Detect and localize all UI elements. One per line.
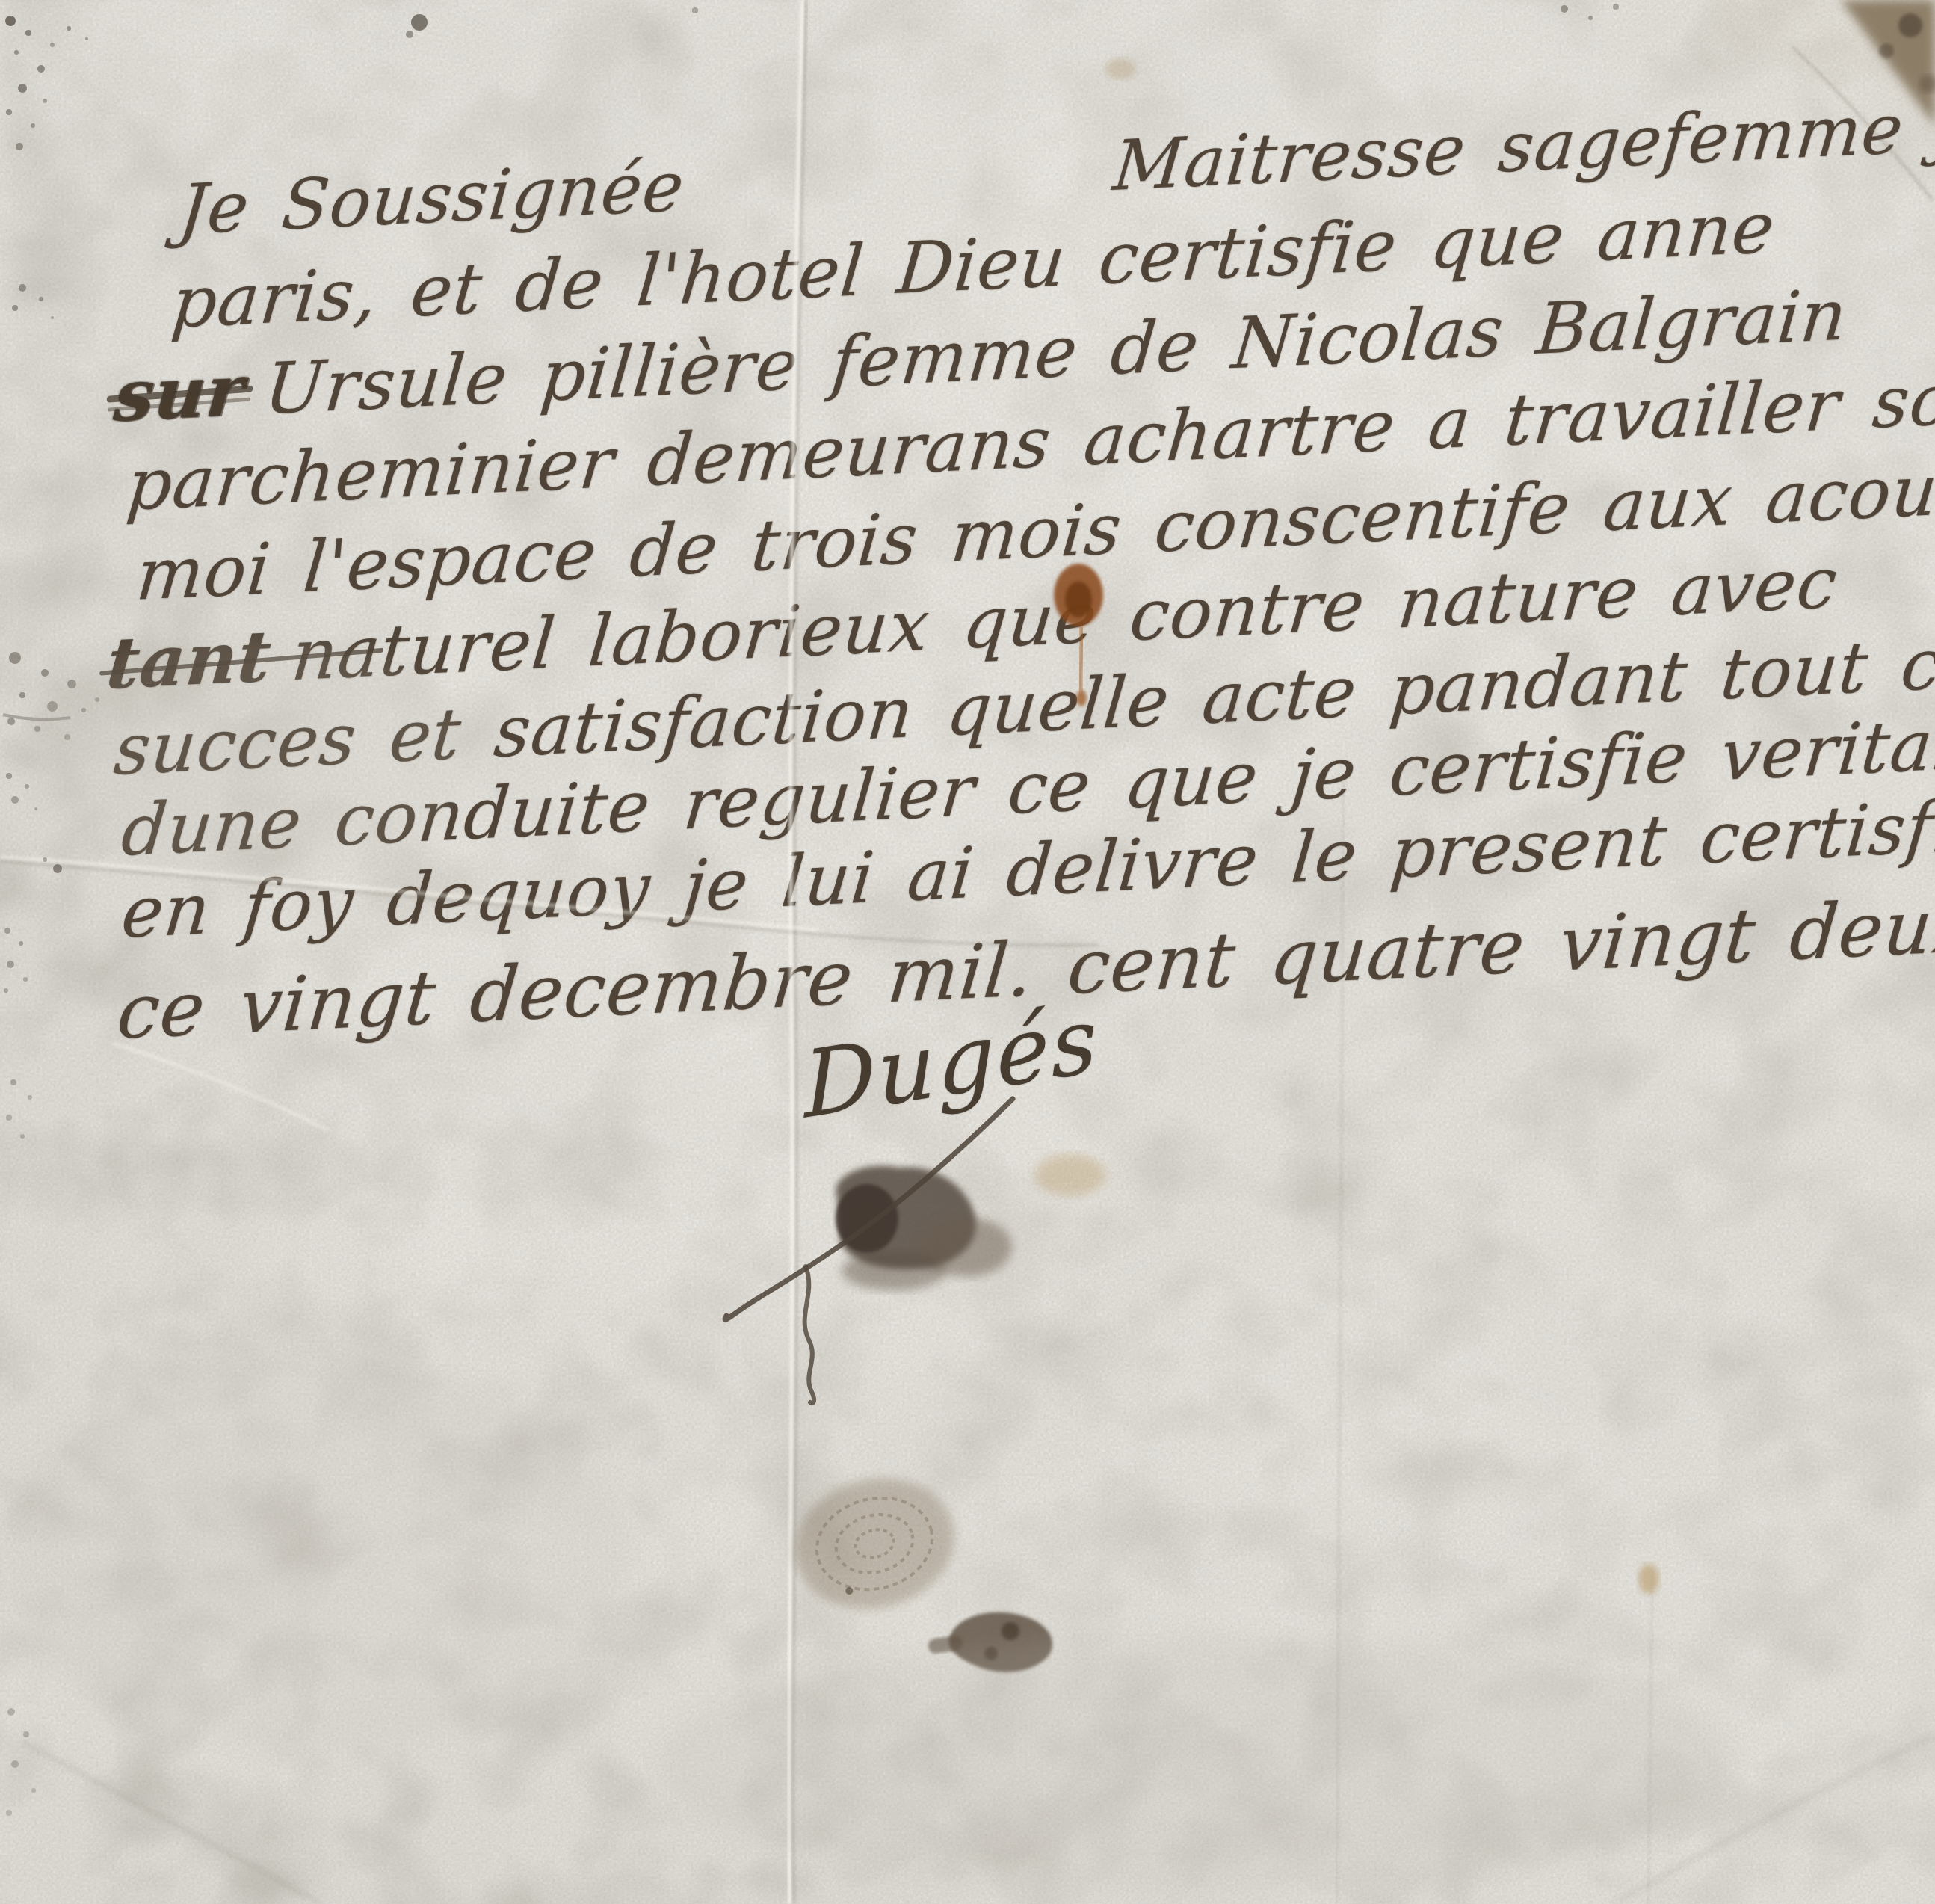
struck-word: sur bbox=[111, 349, 248, 438]
document-photo: Je Soussignée Maitresse sagefemme jurée … bbox=[0, 0, 1935, 1904]
handwritten-text: Je Soussignée Maitresse sagefemme jurée … bbox=[0, 0, 1935, 1904]
struck-word: tant bbox=[103, 615, 275, 706]
